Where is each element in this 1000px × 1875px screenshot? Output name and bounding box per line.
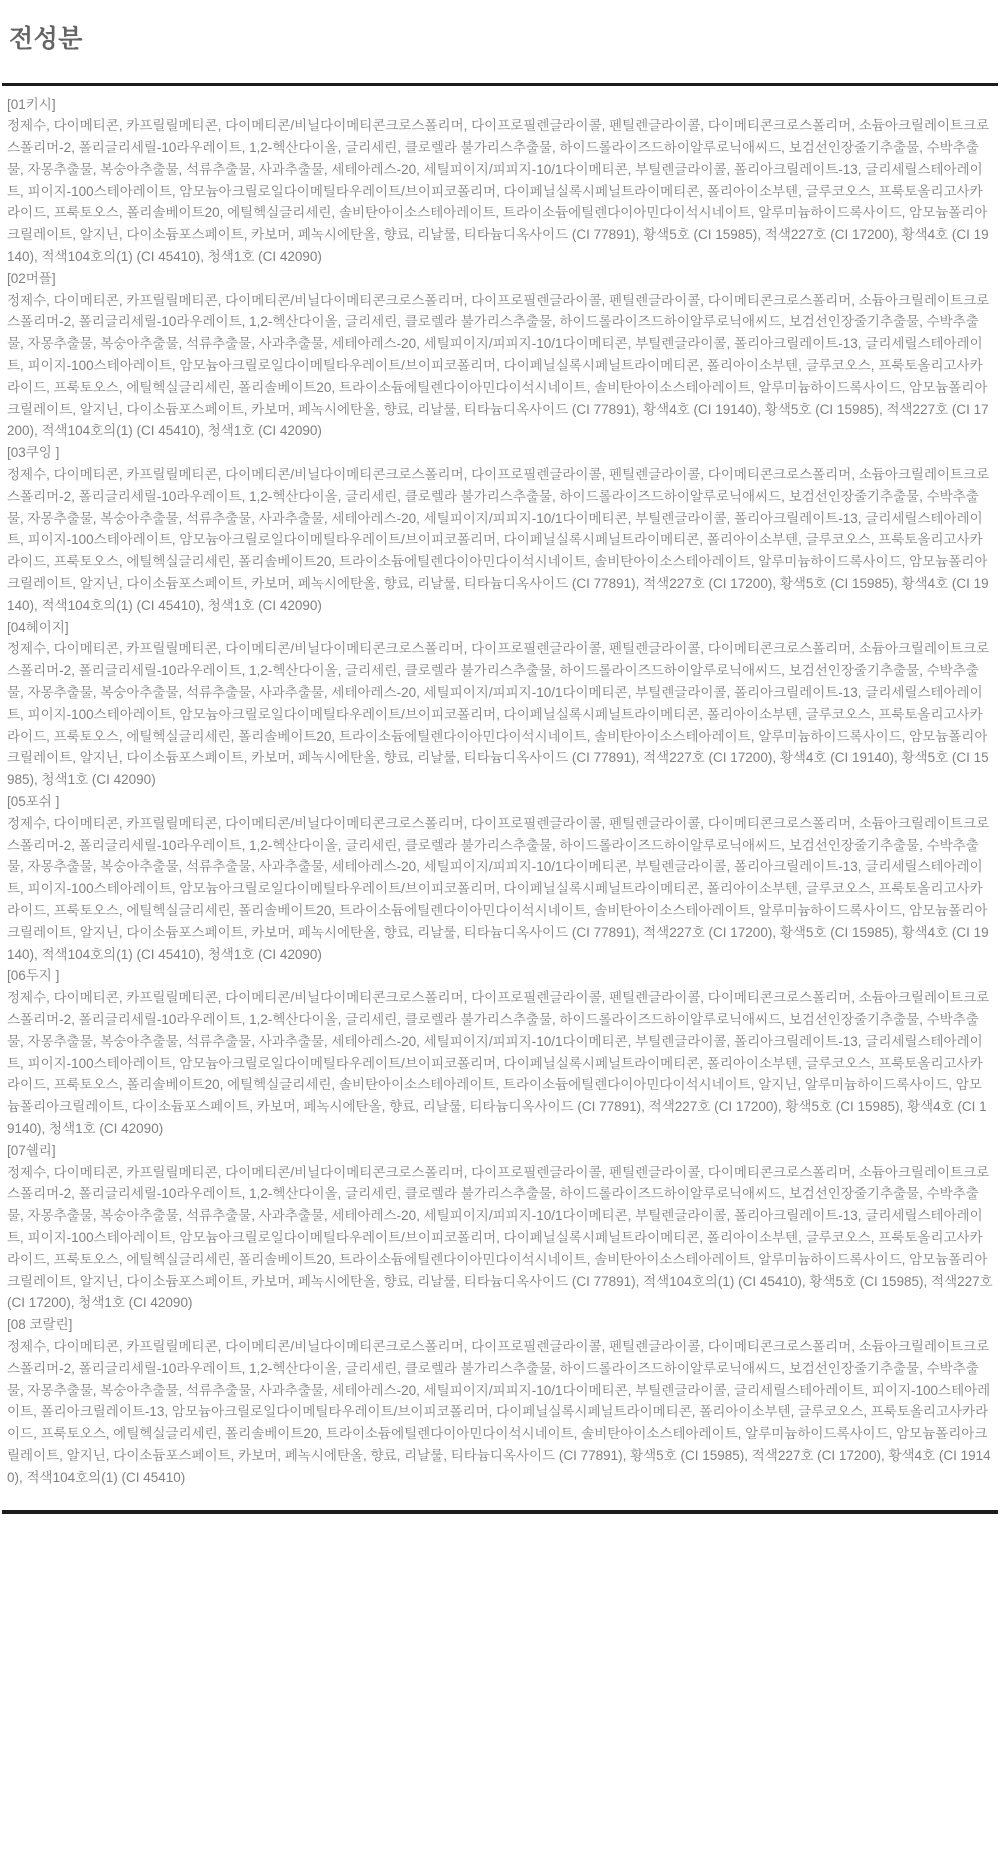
ingredient-section-07: [07쉘리] 정제수, 다이메티콘, 카프릴릴메티콘, 다이메티콘/비닐다이메티… bbox=[7, 1140, 993, 1314]
ingredient-list: 정제수, 다이메티콘, 카프릴릴메티콘, 다이메티콘/비닐다이메티콘크로스폴리머… bbox=[7, 290, 993, 443]
ingredient-section-04: [04헤이지] 정제수, 다이메티콘, 카프릴릴메티콘, 다이메티콘/비닐다이메… bbox=[7, 617, 993, 791]
ingredient-section-08: [08 코랄린] 정제수, 다이메티콘, 카프릴릴메티콘, 다이메티콘/비닐다이… bbox=[7, 1314, 993, 1488]
bottom-whitespace bbox=[0, 1514, 1000, 1672]
ingredient-section-03: [03쿠잉 ] 정제수, 다이메티콘, 카프릴릴메티콘, 다이메티콘/비닐다이메… bbox=[7, 442, 993, 616]
ingredient-section-02: [02머플] 정제수, 다이메티콘, 카프릴릴메티콘, 다이메티콘/비닐다이메티… bbox=[7, 268, 993, 442]
ingredient-list: 정제수, 다이메티콘, 카프릴릴메티콘, 다이메티콘/비닐다이메티콘크로스폴리머… bbox=[7, 464, 993, 617]
product-variant-label: [04헤이지] bbox=[7, 617, 993, 639]
ingredient-list: 정제수, 다이메티콘, 카프릴릴메티콘, 다이메티콘/비닐다이메티콘크로스폴리머… bbox=[7, 813, 993, 966]
product-variant-label: [05포쉬 ] bbox=[7, 791, 993, 813]
ingredient-section-01: [01키시] 정제수, 다이메티콘, 카프릴릴메티콘, 다이메티콘/비닐다이메티… bbox=[7, 94, 993, 268]
product-variant-label: [07쉘리] bbox=[7, 1140, 993, 1162]
product-variant-label: [03쿠잉 ] bbox=[7, 442, 993, 464]
ingredient-list: 정제수, 다이메티콘, 카프릴릴메티콘, 다이메티콘/비닐다이메티콘크로스폴리머… bbox=[7, 1162, 993, 1315]
product-variant-label: [01키시] bbox=[7, 94, 993, 116]
page-title: 전성분 bbox=[0, 0, 1000, 54]
product-variant-label: [02머플] bbox=[7, 268, 993, 290]
ingredient-section-05: [05포쉬 ] 정제수, 다이메티콘, 카프릴릴메티콘, 다이메티콘/비닐다이메… bbox=[7, 791, 993, 965]
ingredients-content: [01키시] 정제수, 다이메티콘, 카프릴릴메티콘, 다이메티콘/비닐다이메티… bbox=[0, 86, 1000, 1489]
ingredient-list: 정제수, 다이메티콘, 카프릴릴메티콘, 다이메티콘/비닐다이메티콘크로스폴리머… bbox=[7, 1336, 993, 1489]
ingredient-list: 정제수, 다이메티콘, 카프릴릴메티콘, 다이메티콘/비닐다이메티콘크로스폴리머… bbox=[7, 987, 993, 1140]
product-variant-label: [06두지 ] bbox=[7, 965, 993, 987]
ingredient-list: 정제수, 다이메티콘, 카프릴릴메티콘, 다이메티콘/비닐다이메티콘크로스폴리머… bbox=[7, 638, 993, 791]
ingredients-document: 전성분 [01키시] 정제수, 다이메티콘, 카프릴릴메티콘, 다이메티콘/비닐… bbox=[0, 0, 1000, 1672]
product-variant-label: [08 코랄린] bbox=[7, 1314, 993, 1336]
ingredient-section-06: [06두지 ] 정제수, 다이메티콘, 카프릴릴메티콘, 다이메티콘/비닐다이메… bbox=[7, 965, 993, 1139]
ingredient-list: 정제수, 다이메티콘, 카프릴릴메티콘, 다이메티콘/비닐다이메티콘크로스폴리머… bbox=[7, 115, 993, 268]
